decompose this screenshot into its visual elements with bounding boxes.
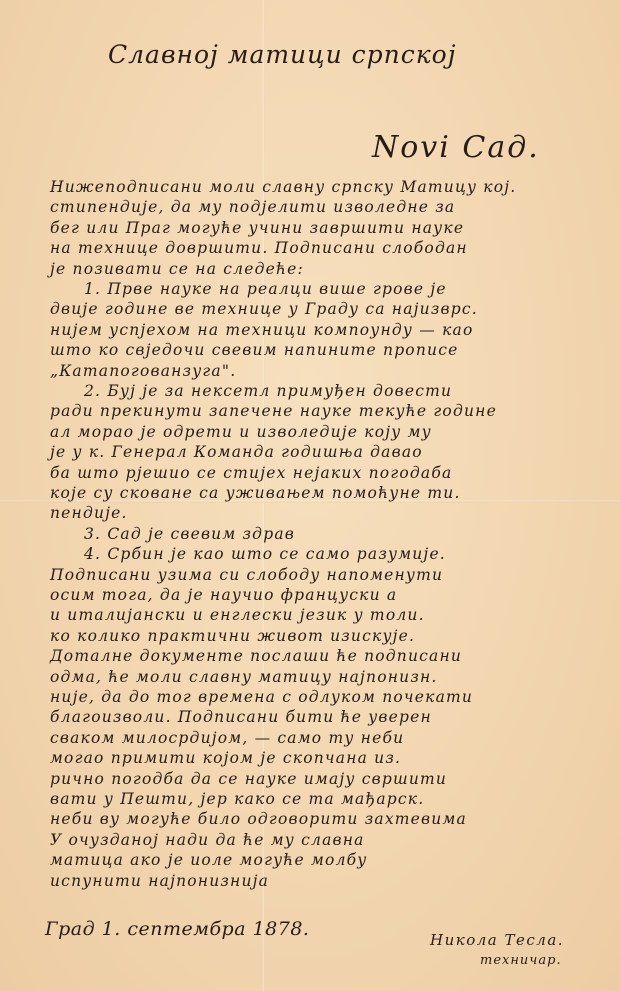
letter-line: двије године ве технице у Граду са најиз… xyxy=(50,300,478,318)
letter-line: 1. Прве науке на реалци више грове је xyxy=(84,280,447,298)
place-line: Novi Сад. xyxy=(372,130,540,165)
letter-line: на технице довршити. Подписани слободан xyxy=(50,239,468,257)
letter-page: Славној матици српској Novi Сад. Нижепод… xyxy=(0,0,620,991)
letter-line: није, да до тог времена с одлуком почека… xyxy=(50,688,473,706)
letter-line: благоизволи. Подписани бити ће уверен xyxy=(50,708,432,726)
letter-line: Нижеподписани моли славну српску Матицу … xyxy=(50,178,516,196)
letter-line: рично погодба да се науке имају свршити xyxy=(50,770,447,788)
letter-line: и италијански и енглески језик у толи. xyxy=(50,606,425,624)
letter-line: Подписани узима си слободу напоменути xyxy=(50,566,443,584)
signature: Никола Тесла. xyxy=(430,931,564,949)
letter-line: ба што рјешио се стијех нејаких погодаба xyxy=(50,464,452,482)
letter-line: неби ву могуће било одговорити захтевима xyxy=(50,810,467,828)
letter-line: вати у Пешти, јер како се та мађарск. xyxy=(50,790,424,808)
letter-line: испунити најпонизнија xyxy=(50,872,269,890)
letter-line: 2. Буј је за нексетл примуђен довести xyxy=(84,382,452,400)
letter-line: одма, ће моли славну матицу најпонизн. xyxy=(50,668,438,686)
letter-line: бег или Праг могуће учини завршити науке xyxy=(50,219,464,237)
letter-line: је позивати се на следеће: xyxy=(50,260,304,278)
letter-line: што ко свједочи свевим напините прописе xyxy=(50,341,458,359)
letter-line: ал морао је одрети и изволедије коју му xyxy=(50,423,432,441)
letter-line: „Катапогованзуга". xyxy=(50,362,236,380)
letter-line: осим тога, да је научио француски а xyxy=(50,586,397,604)
letter-line: стипендије, да му подјелити изволедне за xyxy=(50,198,455,216)
letter-line: је у к. Генерал Команда годишња даваo xyxy=(50,443,423,461)
letter-line: 4. Србин је као што се само разумије. xyxy=(84,545,446,563)
letter-line: 3. Сад је свевим здрав xyxy=(84,525,295,543)
letter-line: У очузданој нади да ће му славна xyxy=(50,831,365,849)
letter-line: нијем успјехом на техници компоунду — ка… xyxy=(50,321,474,339)
salutation: Славној матици српској xyxy=(108,40,457,69)
letter-line: пендије. xyxy=(50,504,128,522)
date-line: Град 1. септембра 1878. xyxy=(45,918,309,940)
letter-line: Доталне документе послаши ће подписани xyxy=(50,647,462,665)
letter-line: сваком милосрдијом, — само ту неби xyxy=(50,729,404,747)
letter-line: ко колико практични живот изискује. xyxy=(50,627,415,645)
letter-line: које су сковане са уживањем помоћуне ти. xyxy=(50,484,461,502)
letter-line: ради прекинути запечене науке текуће год… xyxy=(50,402,497,420)
signature-title: техничар. xyxy=(480,953,562,968)
letter-line: матица ако је иоле могуће молбу xyxy=(50,851,368,869)
letter-line: могао примити којом је скопчана из. xyxy=(50,749,401,767)
